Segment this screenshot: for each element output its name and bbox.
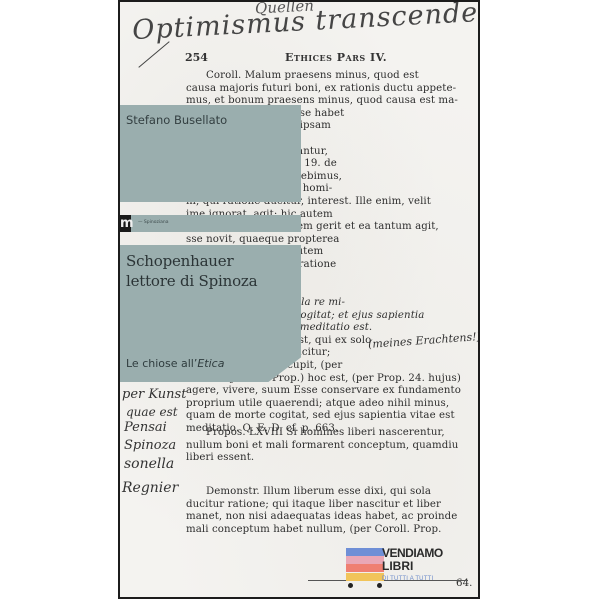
subtitle-italic-text: Etica [197,357,224,370]
margin-note: quae est [126,405,178,419]
cart-bar [346,573,384,581]
cart-bar [346,564,384,572]
series-label: — Spinoziana [138,220,168,225]
title-panel: Schopenhauer lettore di Spinoza Le chios… [120,245,301,382]
cart-wheel-icon [348,583,353,588]
author-name: Stefano Busellato [126,113,227,127]
manuscript-line: Coroll. Malum praesens minus, quod est [206,70,419,81]
book-title: Schopenhauer lettore di Spinoza [126,251,257,291]
cart-bar [346,556,384,564]
margin-note: (meines Erachtens!) [368,330,480,351]
page-number: 254 [185,51,208,64]
book-subtitle: Le chiose all’Etica [126,357,224,370]
manuscript-line: Demonstr. Illum liberum esse dixi, qui s… [206,486,431,497]
manuscript-line: ducitur ratione; qui itaque liber nascit… [186,499,441,510]
author-panel: Stefano Busellato [120,105,301,202]
publisher-logo-icon: m [120,215,131,232]
margin-note: Spinoza [124,438,176,453]
watermark-line3: DI TUTTI A TUTTI [382,576,433,582]
margin-note: per Kunst [122,387,186,402]
manuscript-line: agere, vivere, suum Esse conservare ex f… [186,385,461,396]
watermark-line2: LIBRI [382,559,413,573]
manuscript-line: nullum boni et mali formarent conceptum,… [186,440,458,451]
manuscript-line: quam de morte cogitat, sed ejus sapienti… [186,410,455,421]
cart-stack-icon [346,545,384,587]
manuscript-line: manet, non nisi adaequatas ideas habet, … [186,511,457,522]
watermark-line1: VENDIAMO [382,546,443,560]
manuscript-line: liberi essent. [186,452,254,463]
series-strip: m — Spinoziana [120,215,301,232]
vendiamo-libri-watermark: VENDIAMO LIBRI DI TUTTI A TUTTI [346,545,476,591]
manuscript-line: causa majoris futuri boni, ex rationis d… [186,83,456,94]
cart-bar [346,548,384,556]
manuscript-line: Propos. LXVIII Si homines liberi nascere… [206,427,445,438]
subtitle-text: Le chiose all’ [126,357,197,370]
running-head: Ethices Pars IV. [285,51,387,64]
book-cover: Quellen Optimismus transcendentalis 254 … [118,0,480,599]
manuscript-line: mali conceptum habet nullum, (per Coroll… [186,524,441,535]
margin-note: Regnier [122,480,178,496]
cart-wheel-icon [377,583,382,588]
margin-note: Pensai [124,420,167,435]
manuscript-line: proprium utile quaerendi; atque adeo nih… [186,398,449,409]
manuscript-line: sse novit, quaeque propterea [186,234,339,245]
margin-note: sonella [124,456,174,472]
handwritten-note-top: Optimismus transcendentalis [131,0,480,46]
